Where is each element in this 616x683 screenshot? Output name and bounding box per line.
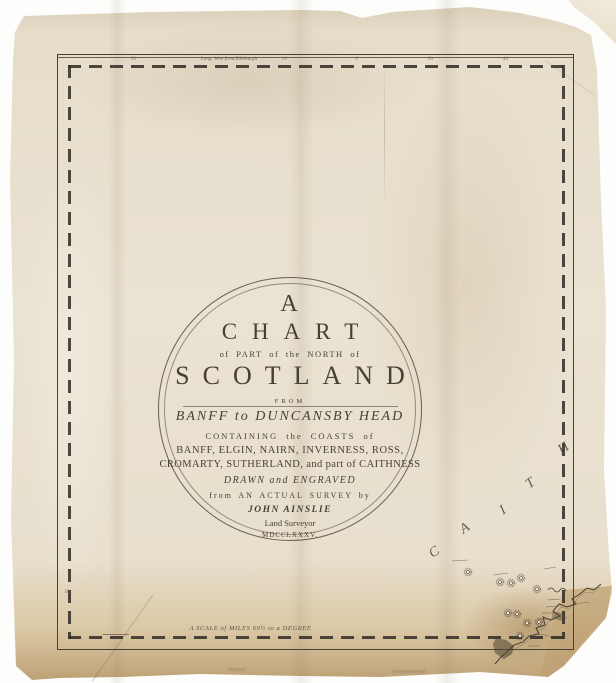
title-subline: of PART of the NORTH of bbox=[220, 349, 361, 359]
title-chart: CHART bbox=[207, 319, 374, 345]
title-article: A bbox=[280, 291, 299, 318]
scale-caption: A SCALE of MILES 69½ to a DEGREE bbox=[168, 625, 333, 632]
pencil-smudge bbox=[228, 668, 246, 671]
hill-symbol bbox=[518, 575, 525, 582]
graduation-top bbox=[68, 65, 563, 68]
hill-symbol bbox=[465, 569, 472, 576]
tick-label: 50 bbox=[428, 56, 434, 61]
title-scotland: SCOTLAND bbox=[162, 361, 418, 391]
tick-label: 0 bbox=[355, 56, 358, 61]
hill-symbol bbox=[524, 620, 531, 627]
title-from: FROM bbox=[275, 398, 305, 405]
tick-label: 20 bbox=[131, 56, 137, 61]
title-extent: BANFF to DUNCANSBY HEAD bbox=[176, 409, 404, 425]
hill-symbol bbox=[517, 633, 524, 640]
graduation-left bbox=[68, 65, 71, 639]
pencil-smudge bbox=[392, 670, 426, 673]
top-tick-labels: 20 10 0 50 40 bbox=[58, 56, 573, 64]
title-counties-2: CROMARTY, SUTHERLAND, and part of CAITHN… bbox=[159, 459, 420, 470]
tick-label: 40 bbox=[503, 56, 509, 61]
title-year: MDCCLXXXV. bbox=[262, 531, 318, 539]
title-survey: from AN ACTUAL SURVEY by bbox=[209, 491, 370, 500]
title-role: Land Surveyor bbox=[265, 518, 316, 528]
hill-symbol bbox=[534, 586, 541, 593]
cartouche-text: A CHART of PART of the NORTH of SCOTLAND… bbox=[119, 291, 461, 539]
hill-symbol bbox=[514, 611, 521, 618]
longitude-caption: Long. West from Edinburgh bbox=[201, 56, 257, 61]
title-containing: CONTAINING the COASTS of bbox=[205, 431, 374, 441]
inlet-squiggle bbox=[548, 588, 566, 592]
promontory bbox=[552, 611, 567, 621]
title-cartouche: A CHART of PART of the NORTH of SCOTLAND… bbox=[158, 277, 422, 541]
headland-patch bbox=[493, 638, 514, 659]
tick-label: 10 bbox=[282, 56, 288, 61]
hill-symbol bbox=[536, 619, 543, 626]
hill-symbol bbox=[508, 580, 515, 587]
cartouche-rule bbox=[183, 406, 398, 407]
coastline-and-hills bbox=[440, 548, 616, 666]
title-counties-1: BANFF, ELGIN, NAIRN, INVERNESS, ROSS, bbox=[176, 445, 404, 456]
latitude-label: 58 bbox=[64, 589, 69, 594]
hill-symbol bbox=[497, 579, 504, 586]
title-drawn: DRAWN and ENGRAVED bbox=[224, 475, 356, 486]
scale-flourish bbox=[103, 630, 132, 635]
hill-symbol bbox=[505, 610, 512, 617]
title-author: JOHN AINSLIE bbox=[248, 505, 332, 515]
